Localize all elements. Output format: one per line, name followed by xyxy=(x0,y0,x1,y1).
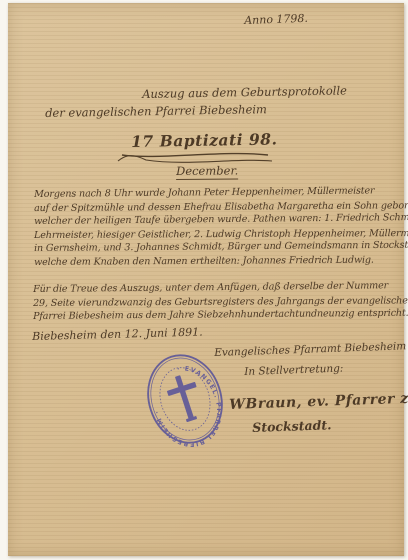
signature-place: Stockstadt. xyxy=(252,417,332,435)
entry-line: welche dem Knaben den Namen ertheilten: … xyxy=(34,253,384,269)
month-heading: December. xyxy=(176,163,238,180)
entry-line: welcher der heiligen Taufe übergeben wur… xyxy=(34,211,384,228)
anno-annotation: Anno 1798. xyxy=(244,12,308,27)
scan-background: Anno 1798. Auszug aus dem Geburtsprotoko… xyxy=(0,0,408,560)
cross-icon xyxy=(163,371,206,425)
certification-paragraph: Für die Treue des Auszugs, unter dem Anf… xyxy=(33,283,385,324)
cert-line: Pfarrei Biebesheim aus dem Jahre Siebzeh… xyxy=(33,307,385,324)
birth-entry-paragraph: Morgens nach 8 Uhr wurde Johann Peter He… xyxy=(34,188,384,269)
